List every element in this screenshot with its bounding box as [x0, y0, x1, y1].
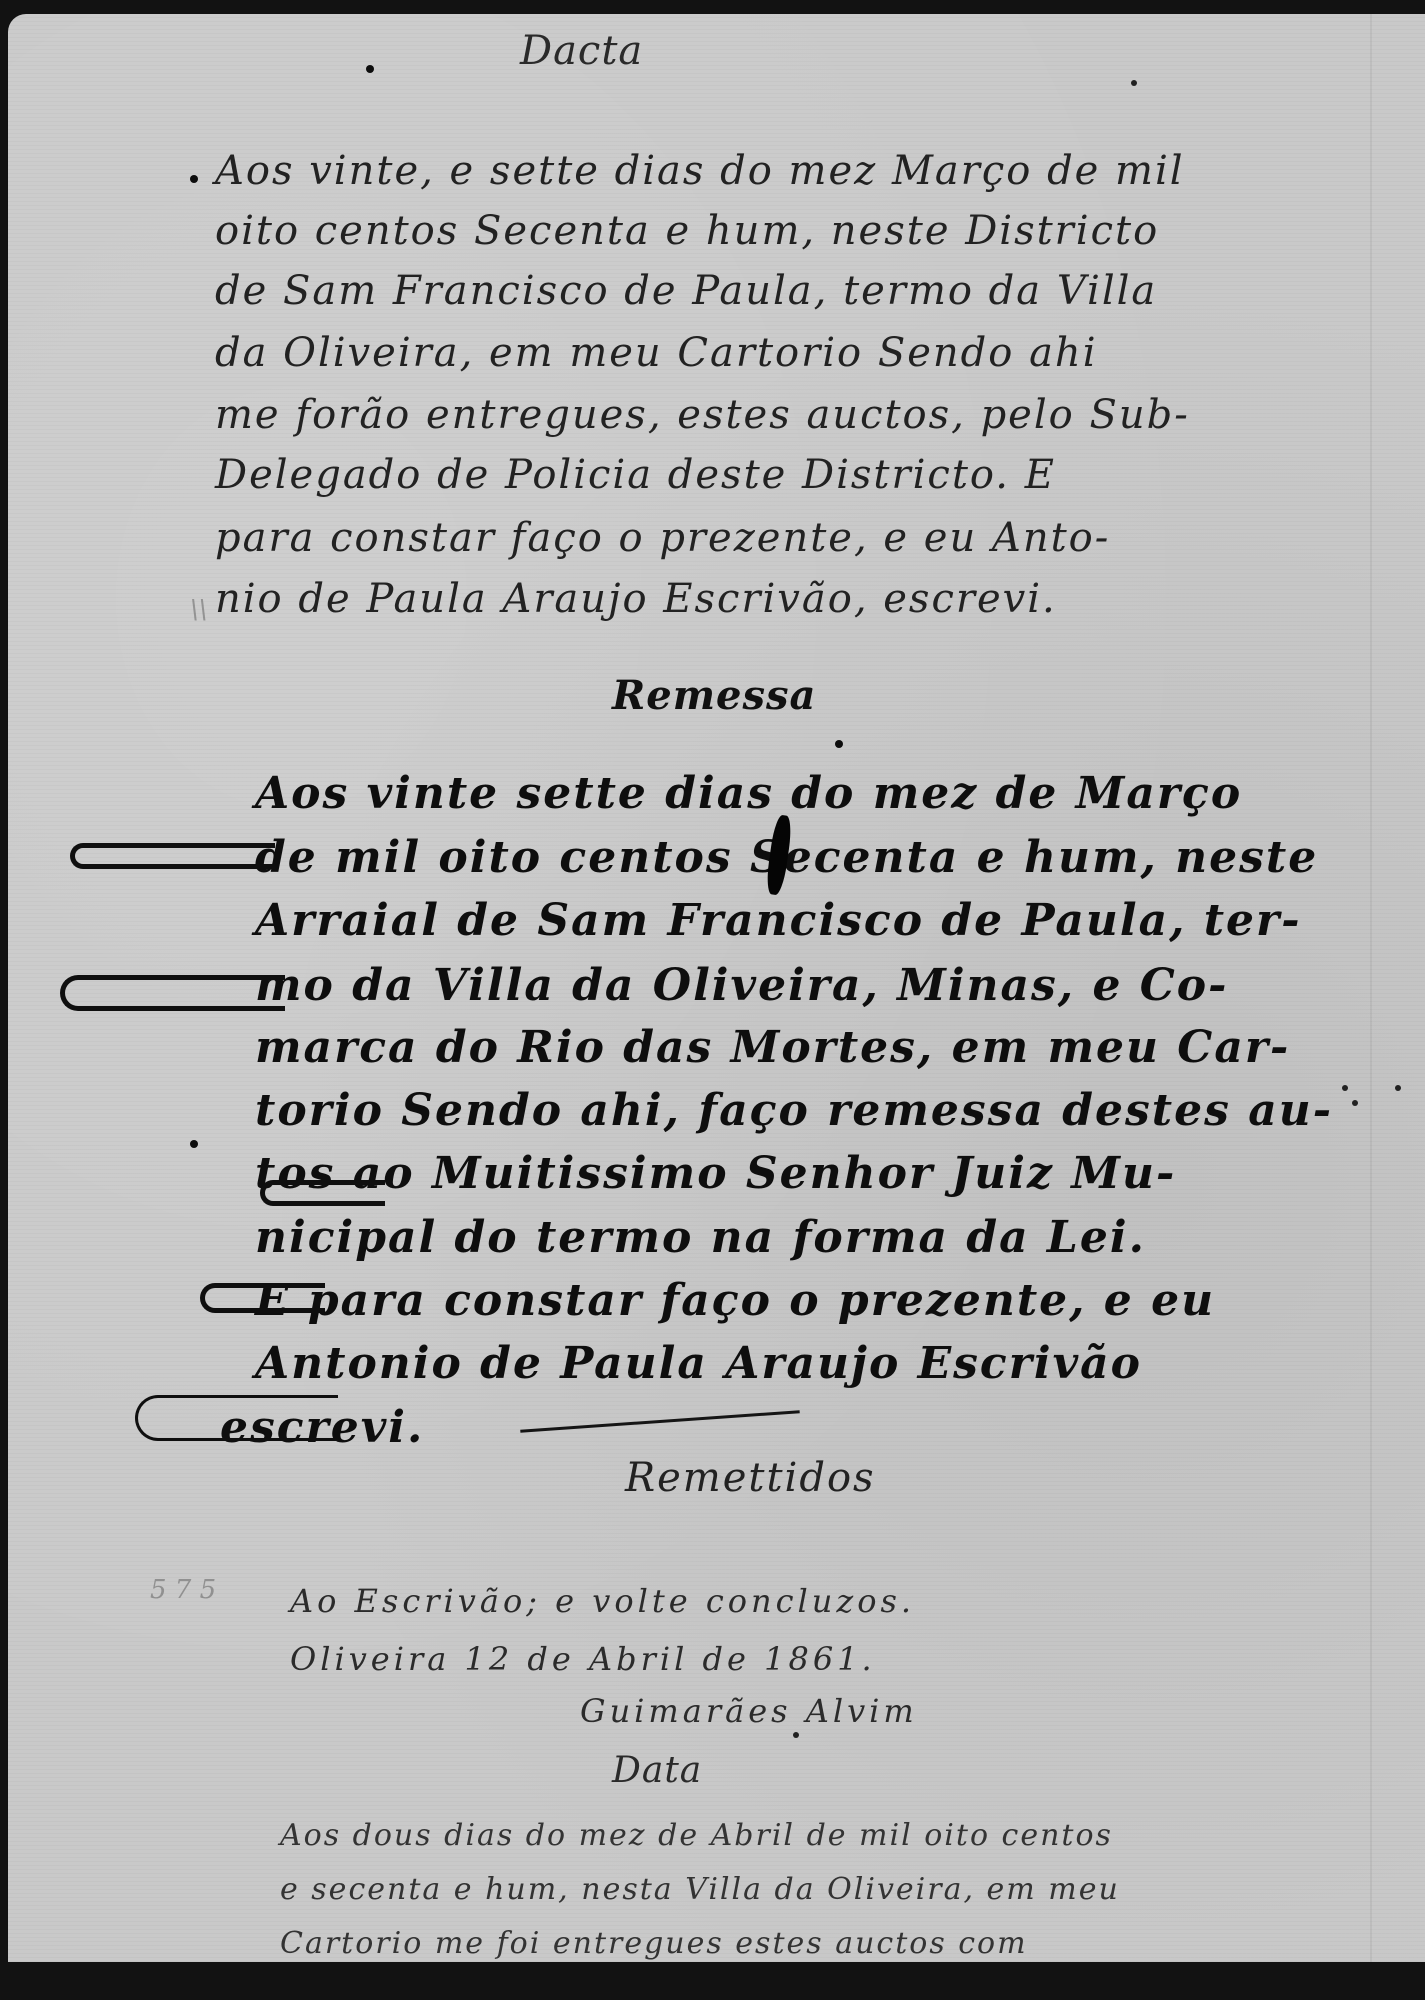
text-line: nio de Paula Araujo Escrivão, escrevi. — [215, 576, 1057, 622]
text-line: Ao Escrivão; e volte concluzos. — [290, 1582, 915, 1620]
closing-remettidos: Remettidos — [625, 1455, 876, 1501]
ink-dot — [1342, 1085, 1348, 1091]
text-line: Cartorio me foi entregues estes auctos c… — [280, 1926, 1028, 1961]
ink-dot — [835, 740, 843, 748]
section-heading-dacta: Dacta — [520, 28, 643, 74]
text-line: mo da Villa da Oliveira, Minas, e Co- — [255, 960, 1228, 1011]
text-line: Oliveira 12 de Abril de 1861. — [290, 1640, 876, 1678]
text-line: Aos vinte sette dias do mez de Março — [255, 768, 1242, 819]
section-heading-data: Data — [612, 1750, 702, 1791]
text-line: Aos dous dias do mez de Abril de mil oit… — [280, 1818, 1113, 1853]
pen-flourish — [70, 843, 275, 869]
ink-dot — [1131, 80, 1137, 86]
pen-flourish — [200, 1283, 325, 1313]
text-line: da Oliveira, em meu Cartorio Sendo ahi — [215, 330, 1097, 376]
margin-tick-marks: \\ — [190, 595, 208, 625]
text-line: nicipal do termo na forma da Lei. — [255, 1212, 1146, 1263]
text-line: torio Sendo ahi, faço remessa destes au- — [255, 1085, 1333, 1136]
ink-dot — [366, 65, 374, 73]
text-line: tos ao Muitissimo Senhor Juiz Mu- — [255, 1148, 1176, 1199]
pen-flourish — [135, 1395, 338, 1441]
ink-dot — [1395, 1085, 1401, 1091]
ink-dot — [1352, 1100, 1358, 1106]
ink-dot — [190, 175, 198, 183]
pen-flourish — [60, 975, 285, 1011]
text-line: para constar faço o prezente, e eu Anto- — [215, 515, 1110, 561]
text-line: E para constar faço o prezente, e eu — [255, 1275, 1215, 1326]
pen-flourish — [260, 1180, 385, 1206]
ink-dot — [793, 1732, 799, 1738]
text-line: oito centos Secenta e hum, neste Distric… — [215, 208, 1159, 254]
text-line: Delegado de Policia deste Districto. E — [215, 452, 1056, 498]
text-line: marca do Rio das Mortes, em meu Car- — [255, 1022, 1290, 1073]
text-line: Antonio de Paula Araujo Escrivão — [255, 1338, 1142, 1389]
text-line: Arraial de Sam Francisco de Paula, ter- — [255, 895, 1302, 946]
text-line: Aos vinte, e sette dias do mez Março de … — [215, 148, 1185, 194]
section-heading-remessa: Remessa — [612, 672, 816, 719]
signature: Guimarães Alvim — [580, 1692, 918, 1730]
faint-margin-number: 5 7 5 — [150, 1575, 216, 1605]
text-line: e secenta e hum, nesta Villa da Oliveira… — [280, 1872, 1120, 1907]
paper-fold-line — [1370, 14, 1372, 1962]
text-line: me forão entregues, estes auctos, pelo S… — [215, 392, 1190, 438]
text-line: de Sam Francisco de Paula, termo da Vill… — [215, 268, 1157, 314]
ink-dot — [190, 1140, 198, 1148]
